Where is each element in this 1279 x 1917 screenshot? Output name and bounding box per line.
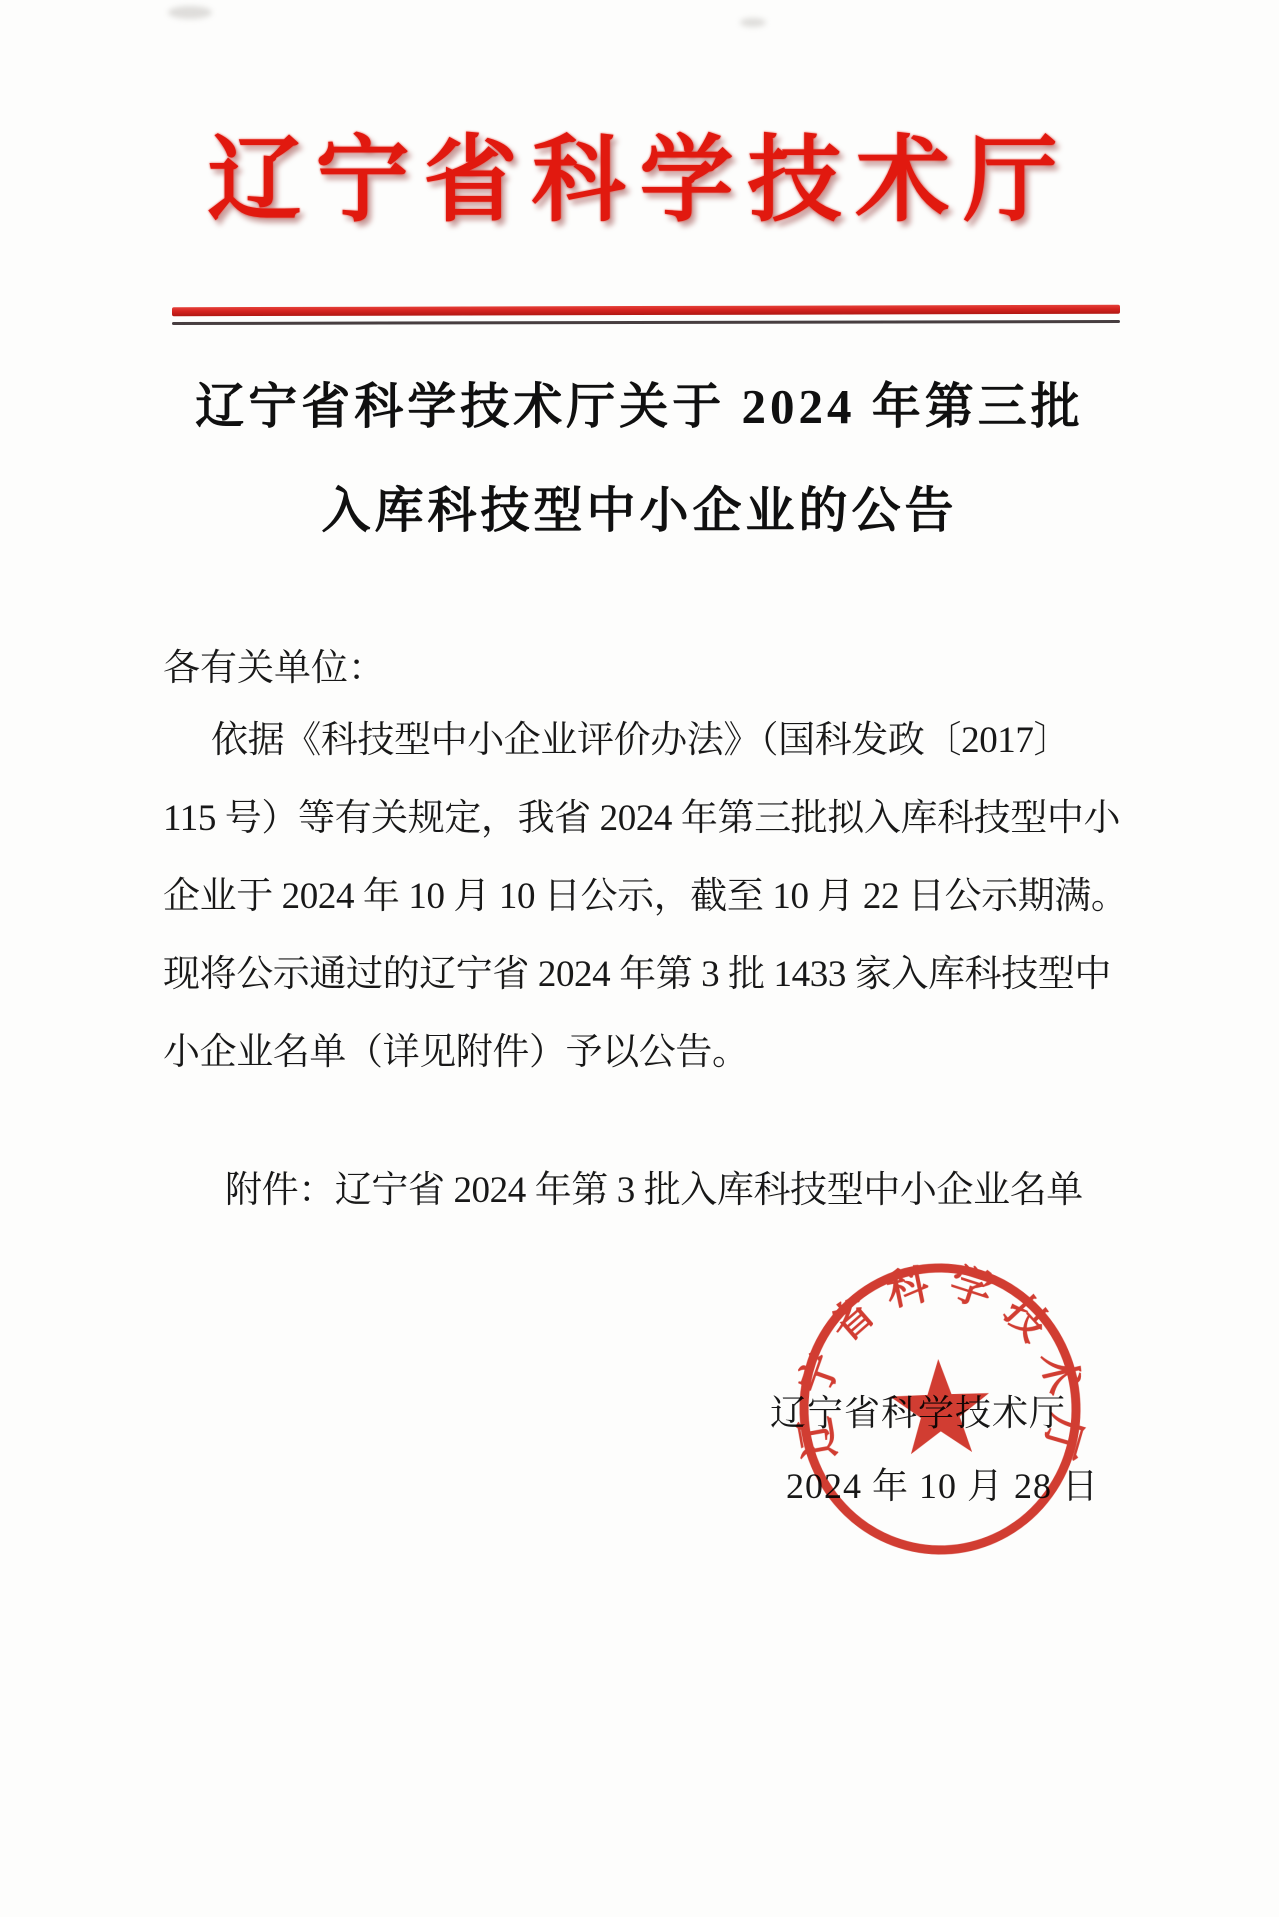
signature-date: 2024 年 10 月 28 日 xyxy=(786,1458,1099,1509)
body-line: 现将公示通过的辽宁省 2024 年第 3 批 1433 家入库科技型中 xyxy=(163,936,1108,1014)
document-title-line1: 辽宁省科学技术厅关于 2024 年第三批 xyxy=(0,368,1279,438)
body-paragraph: 依据《科技型中小企业评价办法》（国科发政〔2017〕 115 号）等有关规定，我… xyxy=(163,702,1108,1092)
scan-artifact xyxy=(168,6,212,19)
scan-artifact xyxy=(740,18,766,27)
letterhead-title: 辽宁省科学技术厅 xyxy=(0,104,1279,239)
body-line: 小企业名单（详见附件）予以公告。 xyxy=(163,1014,1108,1092)
attachment-line: 附件：辽宁省 2024 年第 3 批入库科技型中小企业名单 xyxy=(163,1152,1083,1230)
body-line: 企业于 2024 年 10 月 10 日公示，截至 10 月 22 日公示期满。 xyxy=(163,858,1108,936)
signature-agency: 辽宁省科学技术厅 xyxy=(770,1385,1066,1436)
seal-arc-text: 辽宁省科学技术厅 xyxy=(789,1253,1091,1487)
document-page: 辽宁省科学技术厅 辽宁省科学技术厅关于 2024 年第三批 入库科技型中小企业的… xyxy=(0,0,1279,1917)
body-line: 115 号）等有关规定，我省 2024 年第三批拟入库科技型中小 xyxy=(163,780,1108,858)
document-title-line2: 入库科技型中小企业的公告 xyxy=(0,472,1279,542)
letterhead-rule-red xyxy=(172,305,1120,316)
salutation: 各有关单位： xyxy=(163,630,385,708)
letterhead-rule-dark xyxy=(172,320,1120,325)
body-line: 依据《科技型中小企业评价办法》（国科发政〔2017〕 xyxy=(163,702,1108,780)
